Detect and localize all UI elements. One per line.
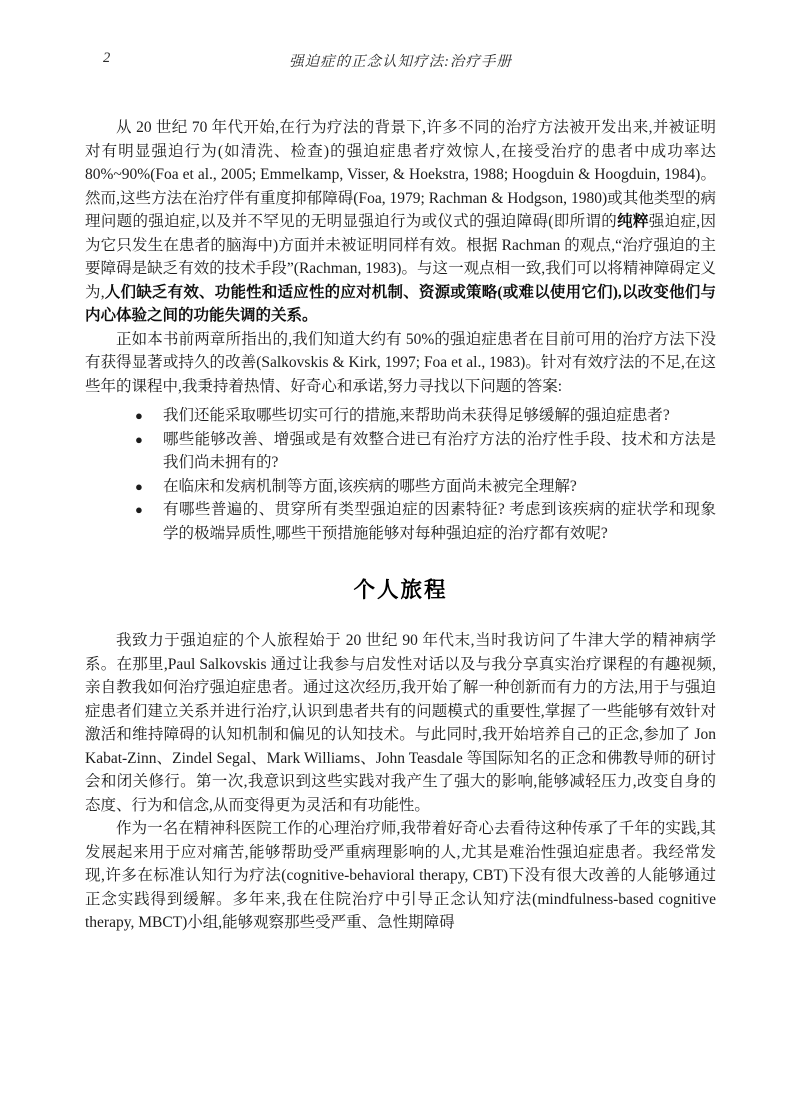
emphasis-text: 人们缺乏有效、功能性和适应性的应对机制、资源或策略(或难以使用它们),以改变他们…	[85, 284, 716, 325]
question-item: ●在临床和发病机制等方面,该疾病的哪些方面尚未被完全理解?	[85, 475, 716, 499]
section-paragraph-2: 作为一名在精神科医院工作的心理治疗师,我带着好奇心去看待这种传承了千年的实践,其…	[85, 817, 716, 935]
question-text: 有哪些普遍的、贯穿所有类型强迫症的因素特征? 考虑到该疾病的症状学和现象学的极端…	[163, 501, 716, 542]
bullet-icon: ●	[135, 498, 143, 522]
question-text: 我们还能采取哪些切实可行的措施,来帮助尚未获得足够缓解的强迫症患者?	[163, 407, 670, 424]
bullet-icon: ●	[135, 475, 143, 499]
question-item: ●有哪些普遍的、贯穿所有类型强迫症的因素特征? 考虑到该疾病的症状学和现象学的极…	[85, 498, 716, 545]
running-title: 强迫症的正念认知疗法:治疗手册	[85, 50, 716, 71]
question-text: 在临床和发病机制等方面,该疾病的哪些方面尚未被完全理解?	[163, 478, 577, 495]
emphasis-text: 纯粹	[617, 213, 649, 230]
questions-list: ●我们还能采取哪些切实可行的措施,来帮助尚未获得足够缓解的强迫症患者?●哪些能够…	[85, 404, 716, 545]
section-heading: 个人旅程	[85, 576, 716, 604]
bullet-icon: ●	[135, 404, 143, 428]
page-number: 2	[103, 50, 110, 67]
section-paragraph-1: 我致力于强迫症的个人旅程始于 20 世纪 90 年代末,当时我访问了牛津大学的精…	[85, 629, 716, 817]
intro-paragraph-2: 正如本书前两章所指出的,我们知道大约有 50%的强迫症患者在目前可用的治疗方法下…	[85, 328, 716, 399]
question-item: ●我们还能采取哪些切实可行的措施,来帮助尚未获得足够缓解的强迫症患者?	[85, 404, 716, 428]
intro-paragraph-1: 从 20 世纪 70 年代开始,在行为疗法的背景下,许多不同的治疗方法被开发出来…	[85, 116, 716, 328]
bullet-icon: ●	[135, 428, 143, 452]
page-content: 从 20 世纪 70 年代开始,在行为疗法的背景下,许多不同的治疗方法被开发出来…	[85, 116, 716, 935]
book-page: 2 强迫症的正念认知疗法:治疗手册 从 20 世纪 70 年代开始,在行为疗法的…	[0, 0, 800, 1097]
question-text: 哪些能够改善、增强或是有效整合进已有治疗方法的治疗性手段、技术和方法是我们尚未拥…	[163, 431, 716, 472]
page-header: 2 强迫症的正念认知疗法:治疗手册	[85, 50, 716, 72]
question-item: ●哪些能够改善、增强或是有效整合进已有治疗方法的治疗性手段、技术和方法是我们尚未…	[85, 428, 716, 475]
